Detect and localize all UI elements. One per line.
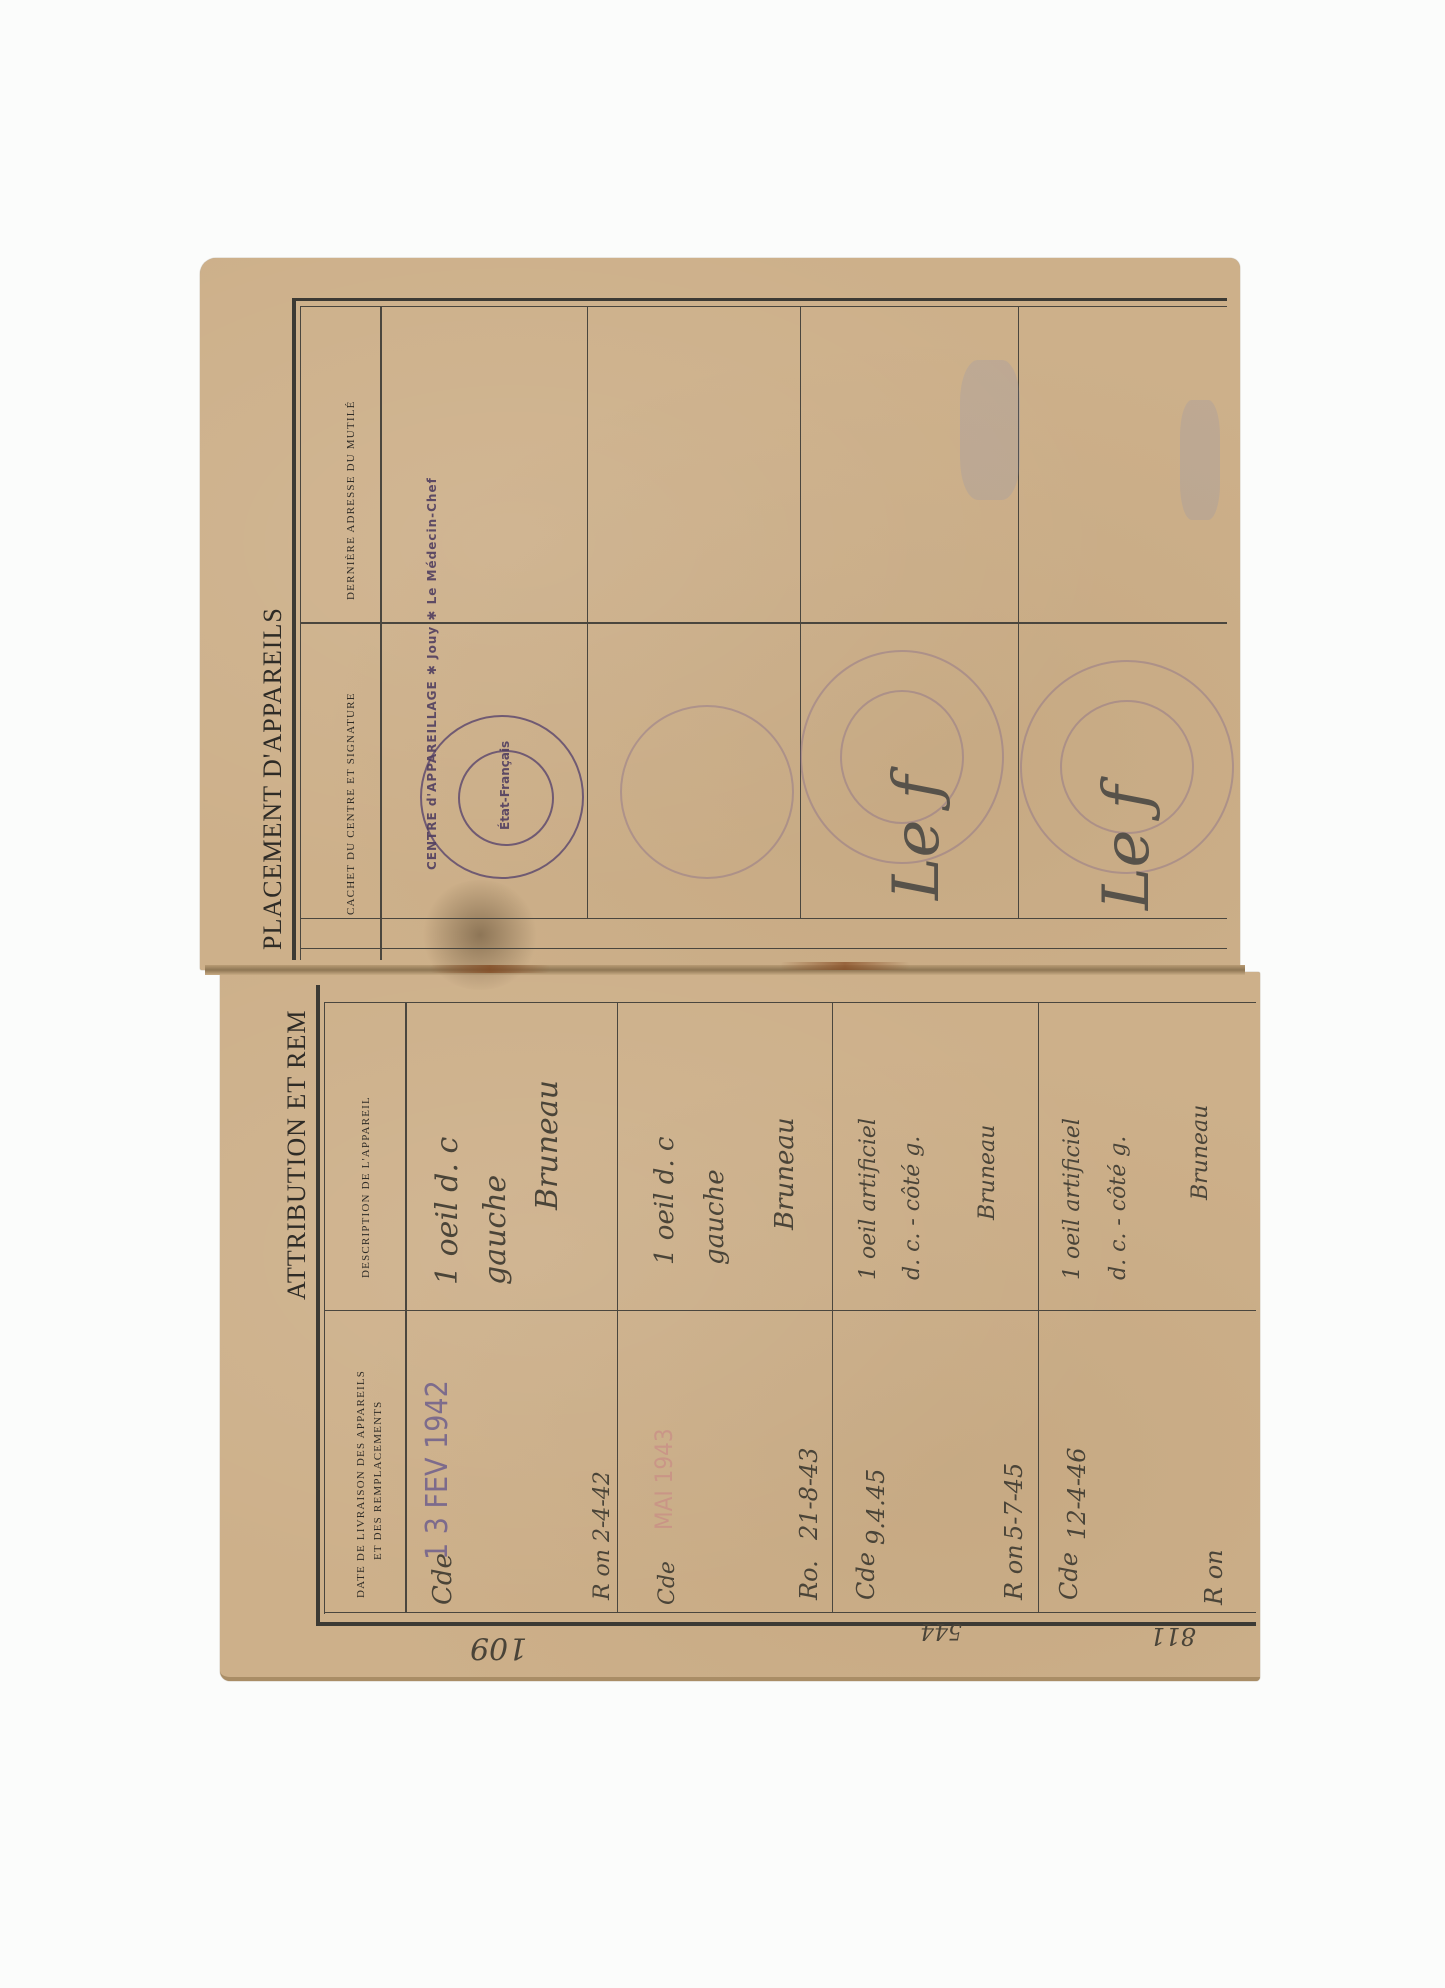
row-divider (300, 622, 1227, 624)
stamp-outer-text: CENTRE d'APPAREILLAGE ✱ Jouy ✱ Le Médeci… (425, 477, 439, 870)
column-header-date-line1: DATE DE LIVRAISON DES APPAREILS (355, 1370, 367, 1598)
frame-line (292, 298, 1227, 301)
stamp-inner-text: État-Français (498, 741, 512, 830)
column-divider (405, 1002, 407, 1612)
signature: Le ƒ (1090, 786, 1164, 910)
ink-ghost (1180, 400, 1220, 520)
faint-stamp (620, 705, 794, 879)
frame-line (324, 1002, 325, 1614)
row1-date-note: Cde (655, 1561, 680, 1605)
signature: Le ƒ (880, 776, 954, 900)
margin-number: 544 (920, 1618, 962, 1643)
margin-number: 109 (470, 1630, 527, 1665)
ink-ghost (960, 360, 1020, 500)
water-stain (420, 880, 540, 990)
row4-description-line1: 1 oeil artificiel (1060, 1118, 1085, 1280)
top-page-title: PLACEMENT D'APPAREILS (258, 607, 288, 950)
row1-date-handwritten: R on 2-4-42 (590, 1471, 615, 1600)
frame-line (300, 306, 301, 960)
bottom-page-title: ATTRIBUTION ET REM (282, 1009, 312, 1300)
row2-description-line3: Bruneau (770, 1117, 800, 1230)
row1-description-line3: Bruneau (530, 1080, 565, 1210)
frame-line (316, 1622, 1256, 1626)
row1-date-prefix: Cde (428, 1553, 458, 1605)
row4-description-line2: d. c. - côté g. (1106, 1136, 1131, 1280)
row2-description-line2: gauche (700, 1169, 730, 1265)
row2-date-handwritten: 21-8-43 (795, 1447, 823, 1540)
cell-divider (1038, 1002, 1039, 1612)
row4-date-prefix: Cde (1055, 1552, 1083, 1600)
column-header-date-line2: ET DES REMPLACEMENTS (372, 1401, 384, 1560)
row3-description-line2: d. c. - côté g. (900, 1136, 925, 1280)
row1-description-line2: gauche (478, 1175, 513, 1285)
column-header-cachet: CACHET DU CENTRE ET SIGNATURE (345, 692, 357, 915)
frame-line (292, 300, 296, 960)
row4-date-handwritten: 12-4-46 (1063, 1447, 1091, 1540)
margin-number: 811 (1150, 1622, 1196, 1650)
frame-line (300, 306, 1227, 307)
row3-description-line3: Bruneau (975, 1125, 1000, 1220)
cell-divider (617, 1002, 618, 1612)
row1-description-line1: 1 oeil d. c (430, 1137, 465, 1285)
row-divider (300, 918, 1227, 919)
row3-date-prefix: Cde (852, 1552, 880, 1600)
row1-date-stamp: 1 3 FEV 1942 (420, 1380, 455, 1560)
column-header-description: DESCRIPTION DE L'APPAREIL (360, 1096, 372, 1278)
cell-divider (587, 307, 588, 918)
page-fold (205, 965, 1245, 975)
row2-date-stamp: MAI 1943 (650, 1428, 678, 1530)
frame-line (324, 1002, 1256, 1003)
column-header-adresse: DERNIÈRE ADRESSE DU MUTILÉ (345, 400, 357, 600)
column-divider (380, 307, 382, 960)
row3-date-second-prefix: R on (1000, 1544, 1028, 1600)
cell-divider (800, 307, 801, 918)
row2-description-line1: 1 oeil d. c (650, 1137, 680, 1265)
row-divider (324, 1310, 1256, 1311)
rust-mark (780, 962, 910, 970)
row4-date-second-prefix: R on (1200, 1549, 1228, 1605)
row3-date-second: 5-7-45 (1000, 1463, 1028, 1540)
row4-description-line3: Bruneau (1188, 1105, 1213, 1200)
frame-line (324, 1612, 1256, 1613)
booklet-bottom-page (220, 972, 1260, 1681)
row2-date-prefix: Ro. (795, 1560, 823, 1600)
row3-date-handwritten: 9.4.45 (862, 1469, 890, 1545)
row3-description-line1: 1 oeil artificiel (856, 1118, 881, 1280)
frame-line (316, 985, 320, 1625)
row-divider (300, 948, 1227, 949)
cell-divider (832, 1002, 833, 1612)
rust-mark (430, 965, 550, 973)
